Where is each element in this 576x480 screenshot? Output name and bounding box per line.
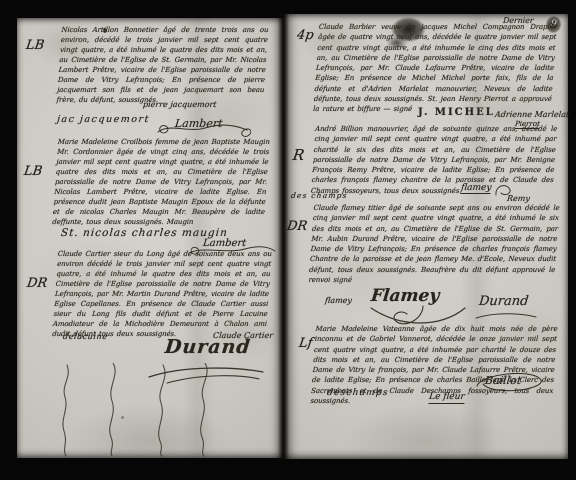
ink-speck <box>103 28 107 33</box>
signature: déschamps <box>326 388 389 398</box>
margin-mark: 4p <box>296 28 315 43</box>
signature: des champs <box>291 191 349 200</box>
burial-record: Claude Barbier veuve de jacques Michel C… <box>313 22 557 115</box>
signature: Lambert <box>174 117 223 130</box>
signature: Lambert <box>202 238 246 249</box>
signature: J. MICHEL <box>418 107 495 118</box>
burial-record: Claude flamey titier âgé de soixante sep… <box>308 203 560 285</box>
margin-mark: Lf <box>298 336 314 351</box>
margin-mark: DR <box>26 276 48 291</box>
burial-record: Marie Madeleine Croilbois femme de jean … <box>52 137 270 227</box>
signature: Durand <box>478 294 529 309</box>
binding-gutter <box>278 13 289 460</box>
margin-mark: LB <box>23 164 43 179</box>
signature: pierre jacquemort <box>143 100 217 109</box>
burial-record: Claude Cartier sieur du Long âgé de soix… <box>52 249 272 339</box>
quill-flourish-lines <box>52 363 242 457</box>
signature: flamey <box>460 183 491 194</box>
signature-flourish <box>145 363 269 387</box>
margin-mark: LB <box>25 38 45 53</box>
margin-mark: R <box>292 146 306 164</box>
right-page: Dernier 9 4p Claude Barbier veuve de jac… <box>283 14 568 459</box>
signature: Flamey <box>370 286 440 306</box>
signature: Durand <box>164 336 252 358</box>
signature: jac jacquemort <box>56 114 150 125</box>
margin-mark: DR <box>286 219 308 234</box>
signature: Remy <box>507 194 531 203</box>
signature-flourish <box>473 310 539 322</box>
signature: Le fleur <box>428 392 465 404</box>
signature: flamey <box>325 296 353 305</box>
burial-record: Nicolas Artillon Bonnetier âgé de trente… <box>56 25 269 105</box>
ink-speck <box>121 416 124 419</box>
manuscript-scan: LB Nicolas Artillon Bonnetier âgé de tre… <box>0 0 576 480</box>
left-page: LB Nicolas Artillon Bonnetier âgé de tre… <box>17 18 283 458</box>
signature: delacuine <box>63 332 109 341</box>
signature: Baillot <box>484 374 522 387</box>
signature: Adrienne Marlelat <box>495 110 570 119</box>
burial-record: André Billion manouvrier, âgé de soixant… <box>310 124 557 196</box>
